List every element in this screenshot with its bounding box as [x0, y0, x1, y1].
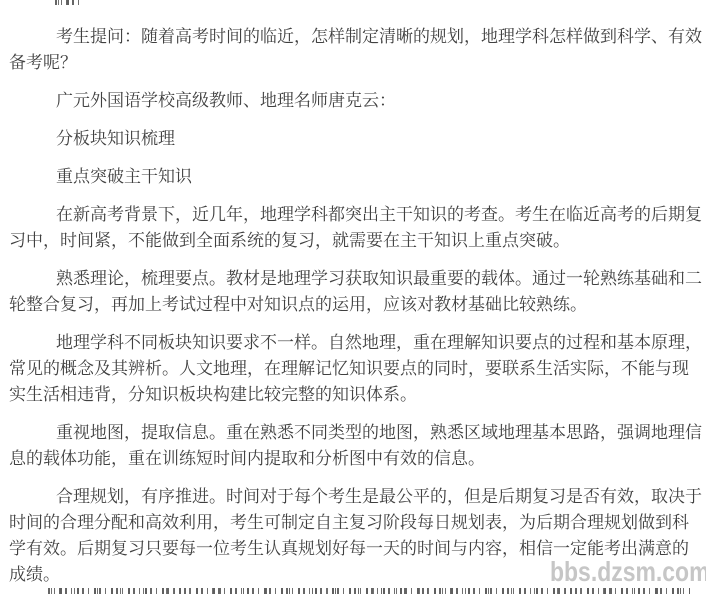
site-watermark: bbs.dzsm.com: [550, 556, 706, 588]
paragraph-maps-information: 重视地图，提取信息。重在熟悉不同类型的地图，熟悉区域地理基本思路，强调地理信息的…: [9, 420, 703, 472]
subtitle-key-knowledge: 重点突破主干知识: [9, 164, 703, 190]
paragraph-main-knowledge: 在新高考背景下，近几年，地理学科都突出主干知识的考查。考生在临近高考的后期复习中…: [9, 202, 703, 254]
clipped-line-bottom: [48, 588, 690, 594]
teacher-byline-paragraph: 广元外国语学校高级教师、地理名师唐克云：: [9, 88, 703, 114]
paragraph-knowledge-sections: 地理学科不同板块知识要求不一样。自然地理，重在理解知识要点的过程和基本原理，常见…: [9, 330, 703, 408]
subtitle-block-review: 分板块知识梳理: [9, 126, 703, 152]
paragraph-theory-review: 熟悉理论，梳理要点。教材是地理学习获取知识最重要的载体。通过一轮熟练基础和二轮整…: [9, 266, 703, 318]
article-body: 考生提问：随着高考时间的临近，怎样制定清晰的规划，地理学科怎样做到科学、有效备考…: [9, 24, 703, 594]
clipped-line-top: [55, 0, 80, 5]
qa-question-paragraph: 考生提问：随着高考时间的临近，怎样制定清晰的规划，地理学科怎样做到科学、有效备考…: [9, 24, 703, 76]
